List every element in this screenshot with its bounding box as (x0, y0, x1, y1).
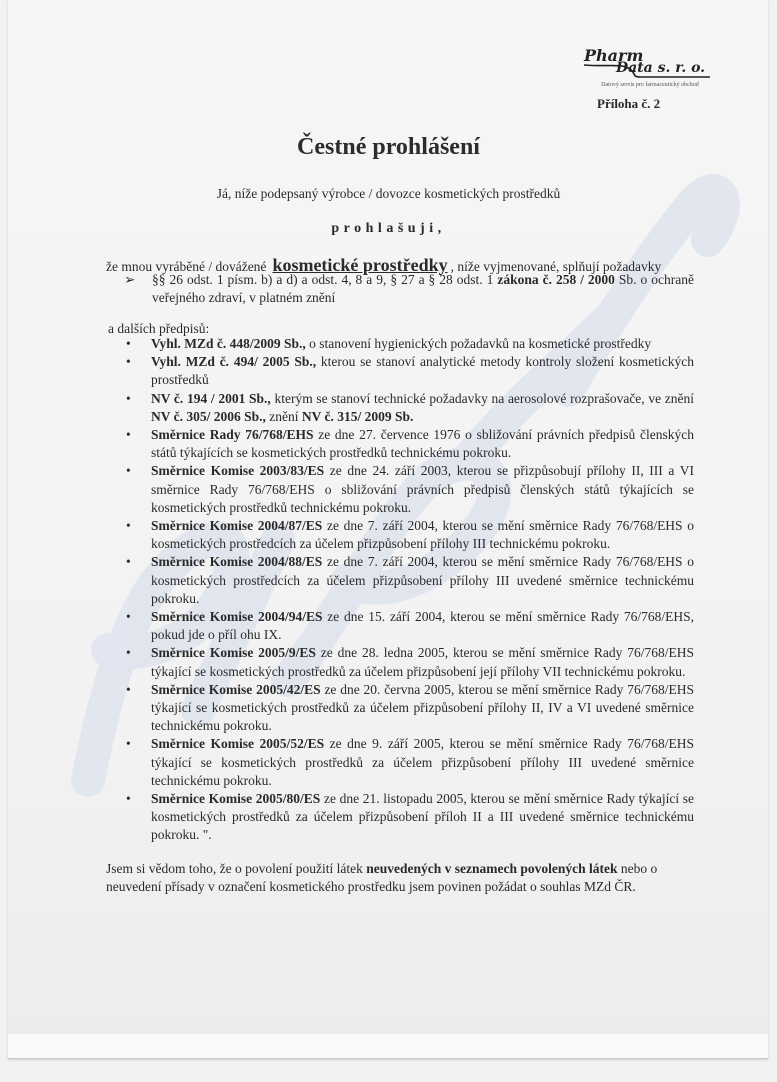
regulation-item: •Směrnice Komise 2005/9/ES ze dne 28. le… (124, 644, 694, 680)
regulation-amendment-2: NV č. 315/ 2009 Sb. (302, 409, 414, 424)
regulation-title: Směrnice Komise 2005/42/ES (151, 682, 321, 697)
regulation-title: Směrnice Komise 2003/83/ES (151, 463, 324, 478)
logo-data-text: Data s. r. o. (616, 61, 705, 75)
regulation-text: o stanovení hygienických požadavků na ko… (306, 336, 651, 351)
regulation-title: Směrnice Komise 2005/52/ES (151, 736, 324, 751)
regulation-title: NV č. 194 / 2001 Sb., (151, 391, 271, 406)
bullet-icon: • (126, 517, 131, 535)
bullet-icon: • (126, 390, 131, 408)
law-bold: zákona č. 258 / 2000 (497, 272, 615, 287)
regulation-title: Směrnice Komise 2005/9/ES (151, 645, 316, 660)
bullet-icon: • (126, 426, 131, 444)
regulation-title: Směrnice Komise 2004/88/ES (151, 554, 322, 569)
regulation-item: •Vyhl. MZd č. 448/2009 Sb., o stanovení … (124, 335, 694, 353)
bullet-icon: • (126, 608, 131, 626)
company-logo: Pharm Data s. r. o. Datový servis pro fa… (580, 47, 720, 88)
law-text-before: §§ 26 odst. 1 písm. b) a d) a odst. 4, 8… (152, 272, 497, 287)
regulation-title: Směrnice Komise 2005/80/ES (151, 791, 320, 806)
bullet-icon: • (126, 735, 131, 753)
regulation-item: •Směrnice Rady 76/768/EHS ze dne 27. čer… (124, 426, 694, 462)
bullet-icon: • (126, 353, 131, 371)
bullet-icon: • (126, 790, 131, 808)
regulation-item: •Směrnice Komise 2005/42/ES ze dne 20. č… (124, 681, 694, 736)
regulation-title: Směrnice Rady 76/768/EHS (151, 427, 313, 442)
law-item: ➢ §§ 26 odst. 1 písm. b) a d) a odst. 4,… (124, 271, 694, 307)
closing-before: Jsem si vědom toho, že o povolení použit… (106, 861, 366, 876)
arrow-bullet-icon: ➢ (124, 271, 135, 289)
regulation-item: •Směrnice Komise 2005/52/ES ze dne 9. zá… (124, 735, 694, 790)
bullet-icon: • (126, 335, 131, 353)
regulation-item: •Směrnice Komise 2003/83/ES ze dne 24. z… (124, 462, 694, 517)
intro-line: Já, níže podepsaný výrobce / dovozce kos… (0, 186, 777, 202)
logo-tagline: Datový servis pro farmaceutický obchod (580, 82, 720, 88)
regulation-item: •Směrnice Komise 2005/80/ES ze dne 21. l… (124, 790, 694, 845)
document-title: Čestné prohlášení (0, 134, 777, 161)
regulation-item: •NV č. 194 / 2001 Sb., kterým se stanoví… (124, 390, 694, 426)
regulation-title: Směrnice Komise 2004/87/ES (151, 518, 322, 533)
closing-bold: neuvedených v seznamech povolených látek (366, 861, 617, 876)
regulation-amendment: NV č. 305/ 2006 Sb., (151, 409, 266, 424)
regulation-text: kterým se stanoví technické požadavky na… (271, 391, 694, 406)
regulation-title: Vyhl. MZd č. 448/2009 Sb., (151, 336, 306, 351)
regulation-item: •Směrnice Komise 2004/87/ES ze dne 7. zá… (124, 517, 694, 553)
regulation-title: Vyhl. MZd č. 494/ 2005 Sb., (151, 354, 316, 369)
bullet-icon: • (126, 644, 131, 662)
regulation-text-2: znění (266, 409, 302, 424)
closing-paragraph: Jsem si vědom toho, že o povolení použit… (106, 860, 698, 896)
page-bottom-strip (8, 1034, 768, 1058)
attachment-label: Příloha č. 2 (597, 96, 660, 112)
regulations-list: •Vyhl. MZd č. 448/2009 Sb., o stanovení … (124, 335, 694, 845)
declaration-word: prohlašuji, (0, 221, 777, 237)
regulation-item: •Směrnice Komise 2004/94/ES ze dne 15. z… (124, 608, 694, 644)
bullet-icon: • (126, 462, 131, 480)
logo-mark: Pharm Data s. r. o. (580, 47, 720, 81)
bullet-icon: • (126, 681, 131, 699)
regulation-item: •Směrnice Komise 2004/88/ES ze dne 7. zá… (124, 553, 694, 608)
regulation-item: •Vyhl. MZd č. 494/ 2005 Sb., kterou se s… (124, 353, 694, 389)
bullet-icon: • (126, 553, 131, 571)
regulation-title: Směrnice Komise 2004/94/ES (151, 609, 323, 624)
